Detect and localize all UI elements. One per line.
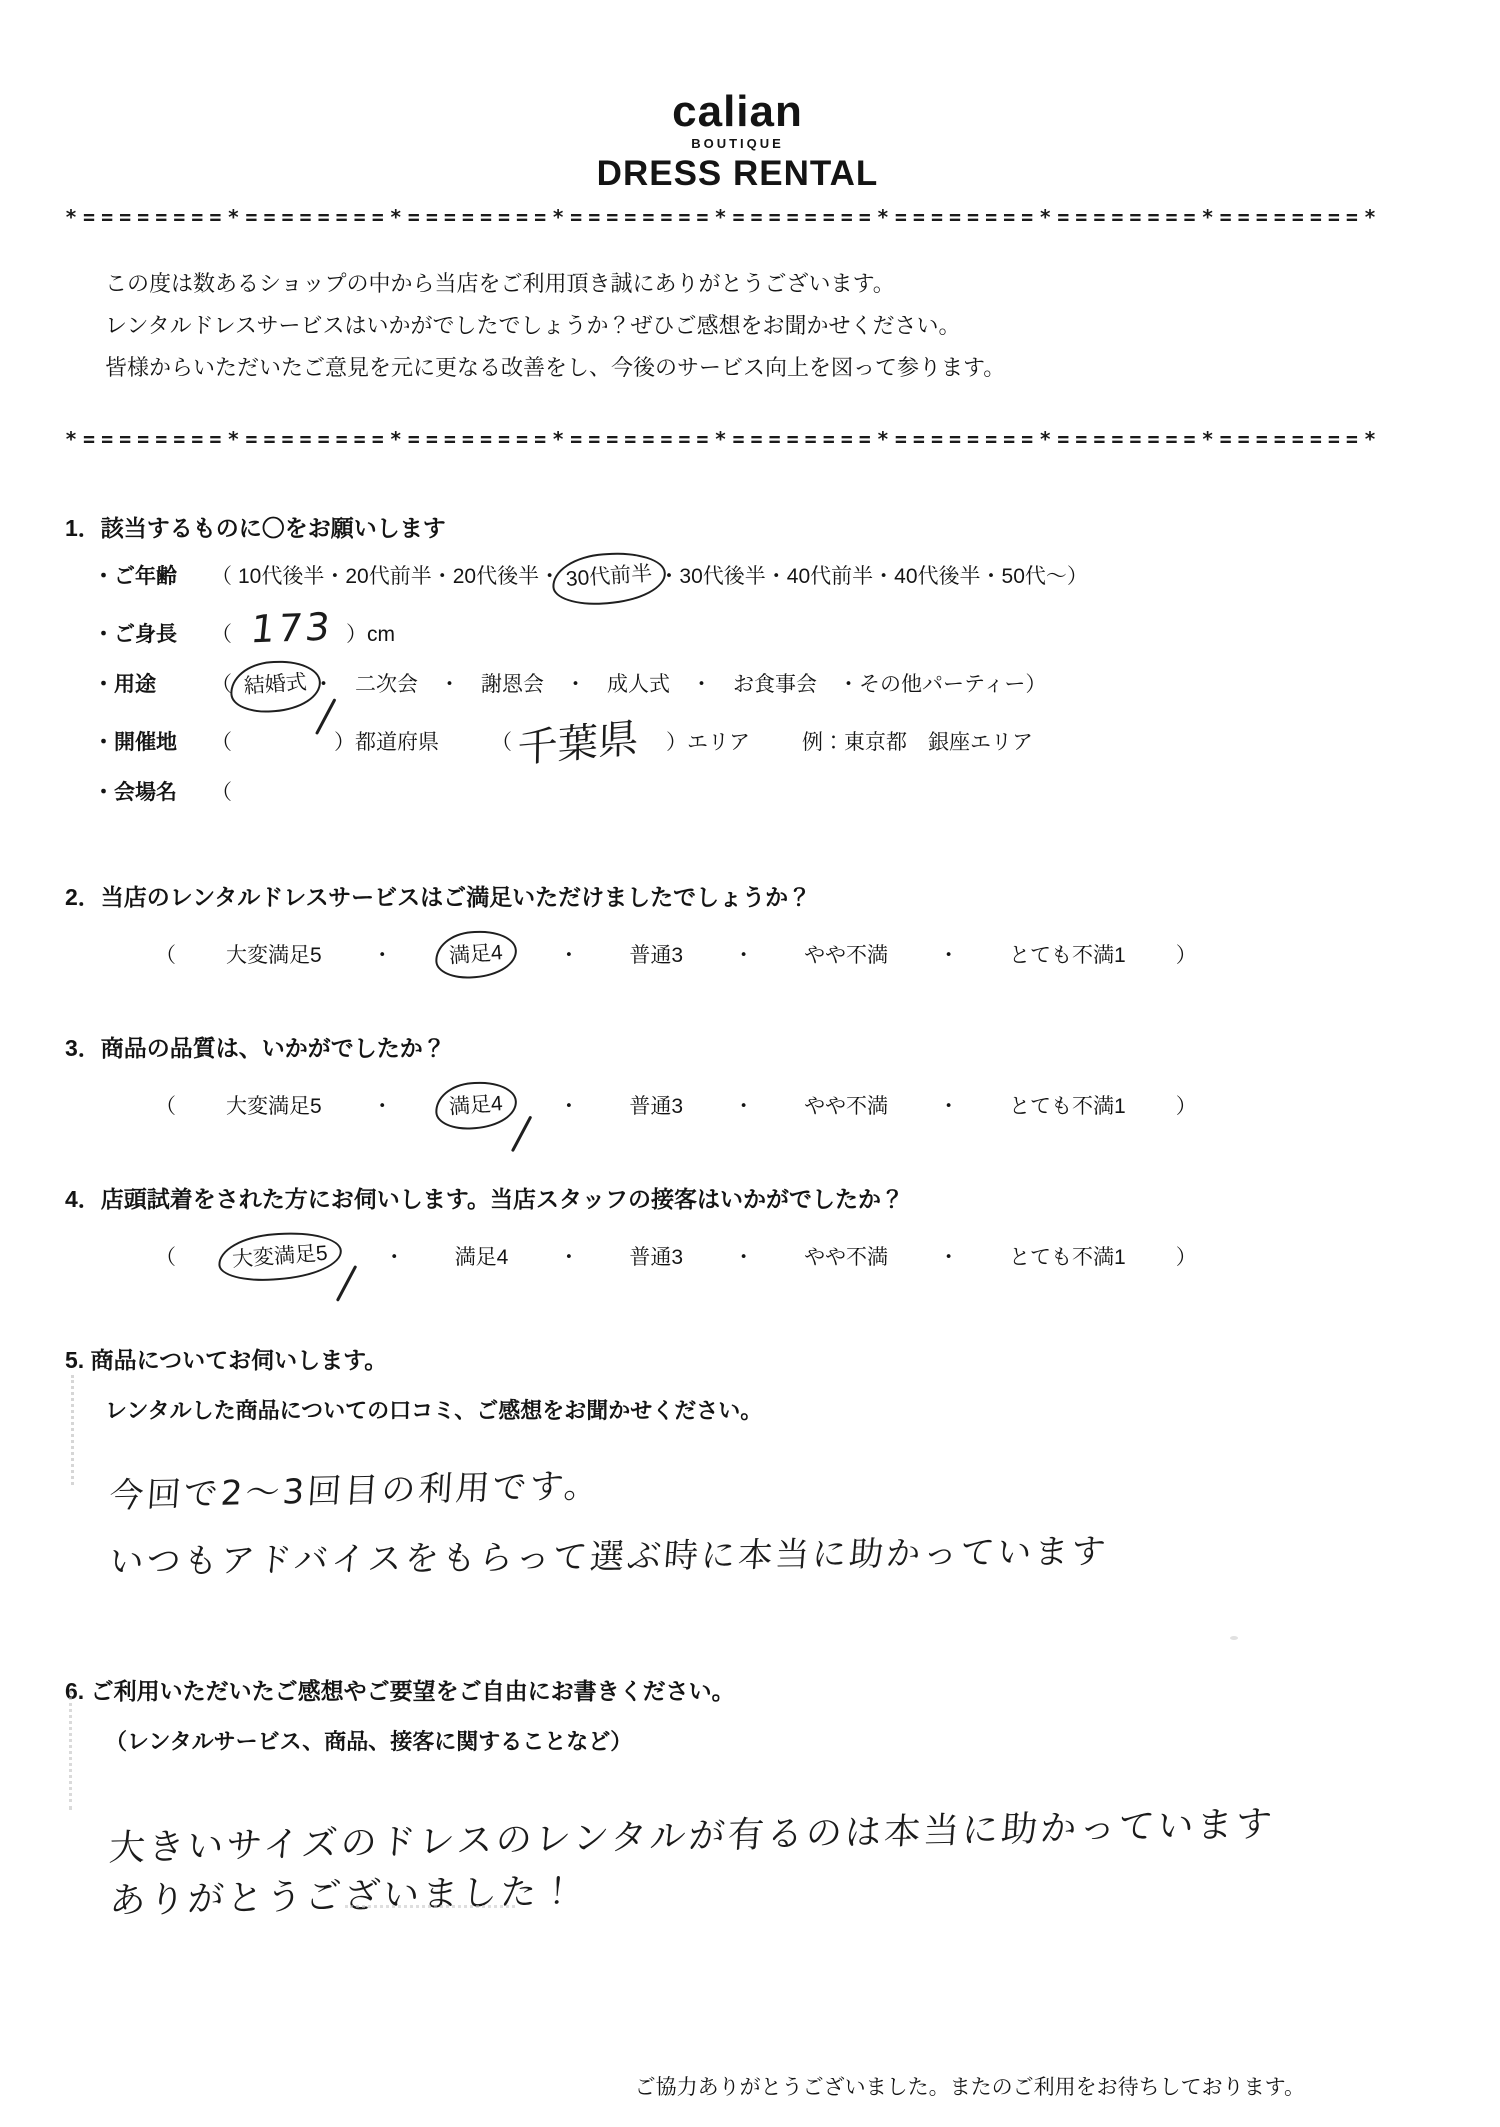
separator-dot: ・ xyxy=(938,939,959,969)
rating-option-2: やや不満 xyxy=(804,939,888,969)
venue-row: ・会場名 （ xyxy=(65,776,1410,810)
location-example: 例：東京都 銀座エリア xyxy=(802,731,1033,754)
height-blank: 173 xyxy=(238,611,346,652)
intro-paragraph: この度は数あるショップの中から当店をご利用頂き誠にありがとうございます。 レンタ… xyxy=(105,263,1410,389)
question-3: 3．商品の品質は、いかがでしたか？ （ 大変満足5 ・ 満足4 ・ 普通3 ・ … xyxy=(65,1033,1410,1120)
scan-artifact xyxy=(71,1375,74,1485)
prefecture-close: ）都道府県 xyxy=(334,731,439,754)
height-row: ・ご身長 （173）cm xyxy=(65,611,1410,652)
separator-dot: ・ xyxy=(558,1090,579,1120)
rating-option-3: 普通3 xyxy=(629,939,683,969)
rating-option-2: やや不満 xyxy=(804,1241,888,1271)
open-paren: （ xyxy=(155,939,176,969)
question-4-heading: 4．店頭試着をされた方にお伺いします。当店スタッフの接客はいかがでしたか？ xyxy=(65,1184,1410,1215)
rating-option-1: とても不満1 xyxy=(1009,1090,1126,1120)
close-paren: ） xyxy=(1176,939,1197,969)
age-label: ・ご年齢 xyxy=(93,560,211,594)
venue-label: ・会場名 xyxy=(93,776,211,810)
circled-purpose-option: 結婚式 xyxy=(228,658,322,715)
location-row: ・開催地 （）都道府県（千葉県）エリア例：東京都 銀座エリア xyxy=(65,719,1410,760)
rating-option-3: 普通3 xyxy=(629,1241,683,1271)
question-2: 2．当店のレンタルドレスサービスはご満足いただけましたでしょうか？ （ 大変満足… xyxy=(65,882,1410,969)
intro-line-3: 皆様からいただいたご意見を元に更なる改善をし、今後のサービス向上を図って参ります… xyxy=(105,347,1410,389)
question-5-subnote: レンタルした商品についての口コミ、ご感想をお聞かせください。 xyxy=(105,1394,1410,1425)
separator-dot: ・ xyxy=(733,1241,754,1271)
separator-dot: ・ xyxy=(938,1241,959,1271)
question-5-heading: 5. 商品についてお伺いします。 xyxy=(65,1345,1410,1376)
location-fields: （）都道府県（千葉県）エリア例：東京都 銀座エリア xyxy=(211,719,1033,760)
question-5: 5. 商品についてお伺いします。 レンタルした商品についての口コミ、ご感想をお聞… xyxy=(65,1345,1410,1579)
open-paren: （ xyxy=(211,623,232,646)
separator-dot: ・ xyxy=(558,1241,579,1271)
open-paren: （ xyxy=(211,781,232,804)
question-1: 1．該当するものに〇をお願いします ・ご年齢 （10代後半・20代前半・20代後… xyxy=(65,513,1410,810)
scan-artifact xyxy=(345,1905,515,1908)
purpose-options-after: ・ 二次会 ・ 謝恩会 ・ 成人式 ・ お食事会 ・その他パーティー） xyxy=(313,673,1046,696)
question-3-heading: 3．商品の品質は、いかがでしたか？ xyxy=(65,1033,1410,1064)
separator-dot: ・ xyxy=(384,1241,405,1271)
separator-dot: ・ xyxy=(733,939,754,969)
scan-artifact xyxy=(1230,1636,1238,1640)
age-options: （10代後半・20代前半・20代後半・30代前半・30代後半・40代前半・40代… xyxy=(211,560,1088,595)
close-paren-cm: ）cm xyxy=(346,623,395,646)
age-options-after: ・30代後半・40代前半・40代後半・50代～） xyxy=(658,565,1087,588)
header: calian BOUTIQUE DRESS RENTAL xyxy=(65,0,1410,191)
handwritten-comment-q5-line1: 今回で2～3回目の利用です。 xyxy=(108,1464,602,1518)
question-2-heading: 2．当店のレンタルドレスサービスはご満足いただけましたでしょうか？ xyxy=(65,882,1410,913)
rating-scale-q2: （ 大変満足5 ・ 満足4 ・ 普通3 ・ やや不満 ・ とても不満1 ） xyxy=(65,939,1410,969)
close-paren: ） xyxy=(1176,1090,1197,1120)
rating-option-5: 大変満足5 xyxy=(226,939,322,969)
handwritten-comment-q5-line2: いつもアドバイスをもらって選ぶ時に本当に助かっています xyxy=(108,1530,1110,1585)
rating-option-5: 大変満足5 xyxy=(226,1090,322,1120)
purpose-options: （結婚式・ 二次会 ・ 謝恩会 ・ 成人式 ・ お食事会 ・その他パーティー） xyxy=(211,668,1046,703)
handwritten-comment-q6-line1: 大きいサイズのドレスのレンタルが有るのは本当に助かっています xyxy=(108,1801,1277,1872)
circled-rating-q3: 満足4 xyxy=(433,1079,518,1132)
height-label: ・ご身長 xyxy=(93,618,211,652)
question-6-heading: 6. ご利用いただいたご感想やご要望をご自由にお書きください。 xyxy=(65,1676,1410,1707)
separator-dot: ・ xyxy=(733,1090,754,1120)
handwritten-comment-q6-line2: ありがとうございました！ xyxy=(108,1870,580,1927)
question-6-subnote: （レンタルサービス、商品、接客に関することなど） xyxy=(105,1725,1410,1756)
circled-rating-q2: 満足4 xyxy=(433,928,518,981)
intro-line-1: この度は数あるショップの中から当店をご利用頂き誠にありがとうございます。 xyxy=(105,263,1410,305)
rating-scale-q4: （ 大変満足5 ・ 満足4 ・ 普通3 ・ やや不満 ・ とても不満1 ） xyxy=(65,1241,1410,1271)
close-paren: ） xyxy=(1176,1241,1197,1271)
separator-dot: ・ xyxy=(372,1090,393,1120)
purpose-row: ・用途 （結婚式・ 二次会 ・ 謝恩会 ・ 成人式 ・ お食事会 ・その他パーテ… xyxy=(65,668,1410,703)
document-title: DRESS RENTAL xyxy=(65,156,1410,191)
height-field: （173）cm xyxy=(211,611,395,652)
divider-line: *========*========*========*========*===… xyxy=(65,427,1410,451)
rating-option-2: やや不満 xyxy=(804,1090,888,1120)
handwritten-prefecture-value: 千葉県 xyxy=(517,722,638,766)
open-paren: （ xyxy=(211,565,232,588)
age-row: ・ご年齢 （10代後半・20代前半・20代後半・30代前半・30代後半・40代前… xyxy=(65,560,1410,595)
handwritten-height-value: 173 xyxy=(249,610,334,647)
purpose-label: ・用途 xyxy=(93,668,211,702)
open-paren: （ xyxy=(211,673,232,696)
separator-dot: ・ xyxy=(938,1090,959,1120)
circled-rating-q4: 大変満足5 xyxy=(217,1228,344,1284)
open-paren: （ xyxy=(211,731,232,754)
question-1-heading: 1．該当するものに〇をお願いします xyxy=(65,513,1410,544)
open-paren: （ xyxy=(155,1241,176,1271)
brand-logo: calian xyxy=(65,90,1410,134)
scan-artifact xyxy=(69,1690,72,1810)
brand-subtitle: BOUTIQUE xyxy=(65,137,1410,150)
separator-dot: ・ xyxy=(558,939,579,969)
question-6: 6. ご利用いただいたご感想やご要望をご自由にお書きください。 （レンタルサービ… xyxy=(65,1676,1410,1922)
rating-option-1: とても不満1 xyxy=(1009,939,1126,969)
rating-scale-q3: （ 大変満足5 ・ 満足4 ・ 普通3 ・ やや不満 ・ とても不満1 ） xyxy=(65,1090,1410,1120)
rating-option-4: 満足4 xyxy=(455,1241,509,1271)
circled-age-option: 30代前半 xyxy=(550,549,668,608)
rating-option-1: とても不満1 xyxy=(1009,1241,1126,1271)
location-label: ・開催地 xyxy=(93,726,211,760)
rating-option-3: 普通3 xyxy=(629,1090,683,1120)
venue-field: （ xyxy=(211,776,238,810)
area-close: ）エリア xyxy=(666,731,750,754)
intro-line-2: レンタルドレスサービスはいかがでしたでしょうか？ぜひご感想をお聞かせください。 xyxy=(105,305,1410,347)
survey-form: calian BOUTIQUE DRESS RENTAL *========*=… xyxy=(65,0,1410,2101)
age-options-before: 10代後半・20代前半・20代後半・ xyxy=(238,565,560,588)
closing-thanks: ご協力ありがとうございました。またのご利用をお待ちしております。 xyxy=(65,2071,1410,2101)
question-4: 4．店頭試着をされた方にお伺いします。当店スタッフの接客はいかがでしたか？ （ … xyxy=(65,1184,1410,1271)
divider-line: *========*========*========*========*===… xyxy=(65,205,1410,229)
separator-dot: ・ xyxy=(372,939,393,969)
open-paren: （ xyxy=(155,1090,176,1120)
open-paren: （ xyxy=(491,731,512,754)
